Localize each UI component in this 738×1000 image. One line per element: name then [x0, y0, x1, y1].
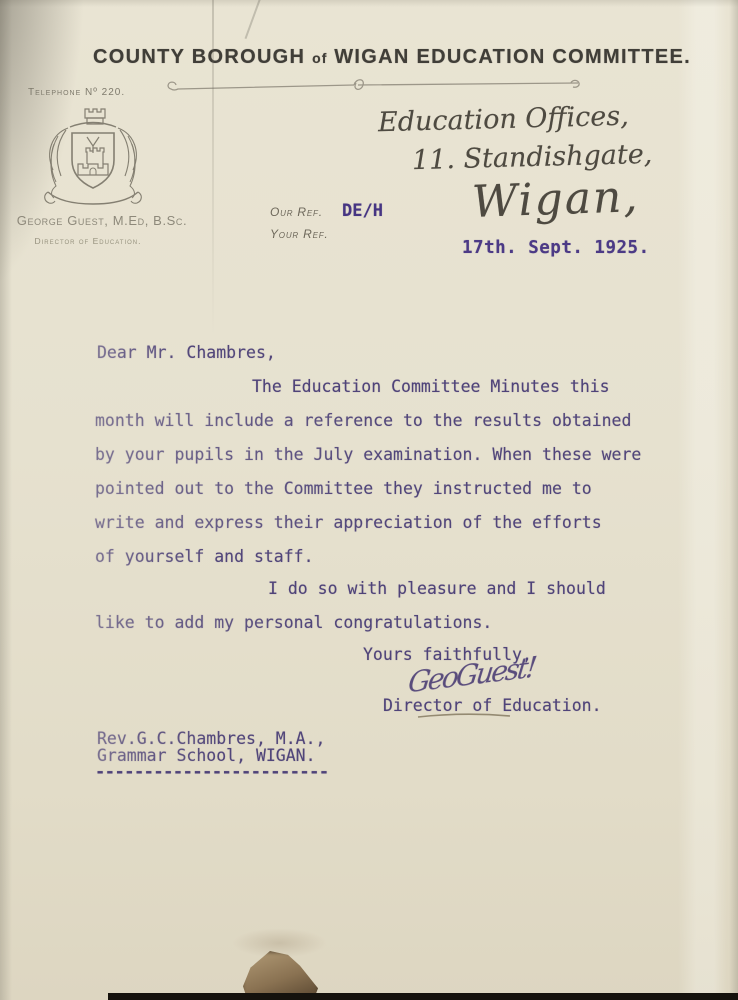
letter-date: 17th. Sept. 1925.	[462, 238, 650, 258]
salutation: Dear Mr. Chambres,	[97, 343, 276, 362]
telephone-number: Telephone Nº 220.	[28, 87, 125, 98]
our-ref-value: DE/H	[342, 201, 383, 221]
paper-crease	[245, 0, 262, 39]
letter-line: by your pupils in the July examination. …	[95, 445, 641, 464]
letter-line: write and express their appreciation of …	[95, 513, 602, 532]
scan-edge	[108, 993, 738, 1000]
letter-line: pointed out to the Committee they instru…	[95, 479, 592, 498]
office-address-line-2: 11. Standishgate,	[412, 139, 653, 176]
typed-divider: ------------------------	[95, 762, 329, 782]
letter-line: like to add my personal congratulations.	[95, 613, 492, 632]
coat-of-arms-icon	[32, 100, 154, 212]
letterhead-title: COUNTY BOROUGH of WIGAN EDUCATION COMMIT…	[93, 46, 668, 69]
letter-line: of yourself and staff.	[95, 547, 314, 566]
pen-underline	[416, 712, 512, 720]
director-name: George Guest, M.Ed, B.Sc.	[4, 213, 200, 228]
our-ref-label: Our Ref.	[270, 205, 323, 219]
letter-line: I do so with pleasure and I should	[268, 579, 606, 598]
title-part-2: WIGAN EDUCATION COMMITTEE.	[334, 46, 691, 68]
title-of: of	[312, 50, 327, 66]
office-address-line-3: Wigan,	[471, 171, 640, 228]
scanned-letter: COUNTY BOROUGH of WIGAN EDUCATION COMMIT…	[0, 0, 738, 1000]
paper-crease	[212, 0, 214, 335]
your-ref-label: Your Ref.	[270, 227, 329, 241]
letter-line: The Education Committee Minutes this	[252, 377, 610, 396]
title-part-1: COUNTY BOROUGH	[93, 46, 305, 68]
title-flourish-icon	[158, 76, 598, 96]
director-title: Director of Education.	[25, 236, 151, 246]
office-address-line-1: Education Offices,	[378, 101, 629, 139]
letter-line: month will include a reference to the re…	[95, 411, 631, 430]
